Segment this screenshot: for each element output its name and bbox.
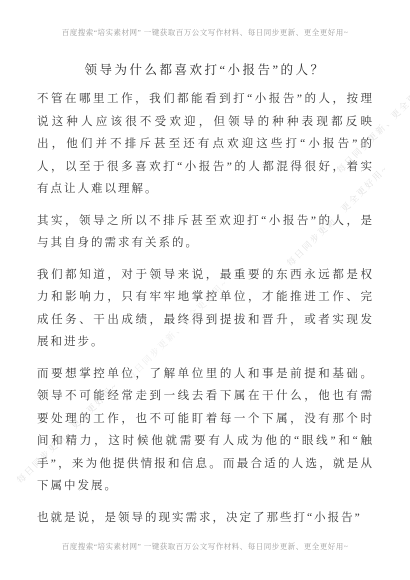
header-promo-note: 百度搜索“培实素材网” 一键获取百万公文写作材料、每日同步更新、更全更好用~ [0, 27, 410, 38]
article-paragraph: 不管在哪里工作，我们都能看到打“小报告”的人，按理说这种人应该很不受欢迎，但领导… [37, 88, 374, 201]
article-paragraph: 也就是说，是领导的现实需求，决定了那些打“小报告” [37, 507, 374, 530]
article-paragraph: 我们都知道，对于领导来说，最重要的东西永远都是权力和影响力，只有牢牢地掌控单位，… [37, 264, 374, 354]
document-page: 百度搜索“培实素材网” 一键获取百万公文写作材料、每日同步更新、更全更好用~ 领… [0, 0, 410, 580]
article-paragraph: 而要想掌控单位，了解单位里的人和事是前提和基础。领导不可能经常走到一线去看下属在… [37, 363, 374, 498]
article-body: 不管在哪里工作，我们都能看到打“小报告”的人，按理说这种人应该很不受欢迎，但领导… [37, 88, 374, 538]
article-title: 领导为什么都喜欢打“小报告”的人？ [0, 60, 410, 78]
footer-promo-note: 百度搜索“培实素材网” 一键获取百万公文写作材料、每日同步更新、更全更好用~ [0, 541, 410, 552]
article-paragraph: 其实，领导之所以不排斥甚至欢迎打“小报告”的人，是与其自身的需求有关系的。 [37, 210, 374, 255]
